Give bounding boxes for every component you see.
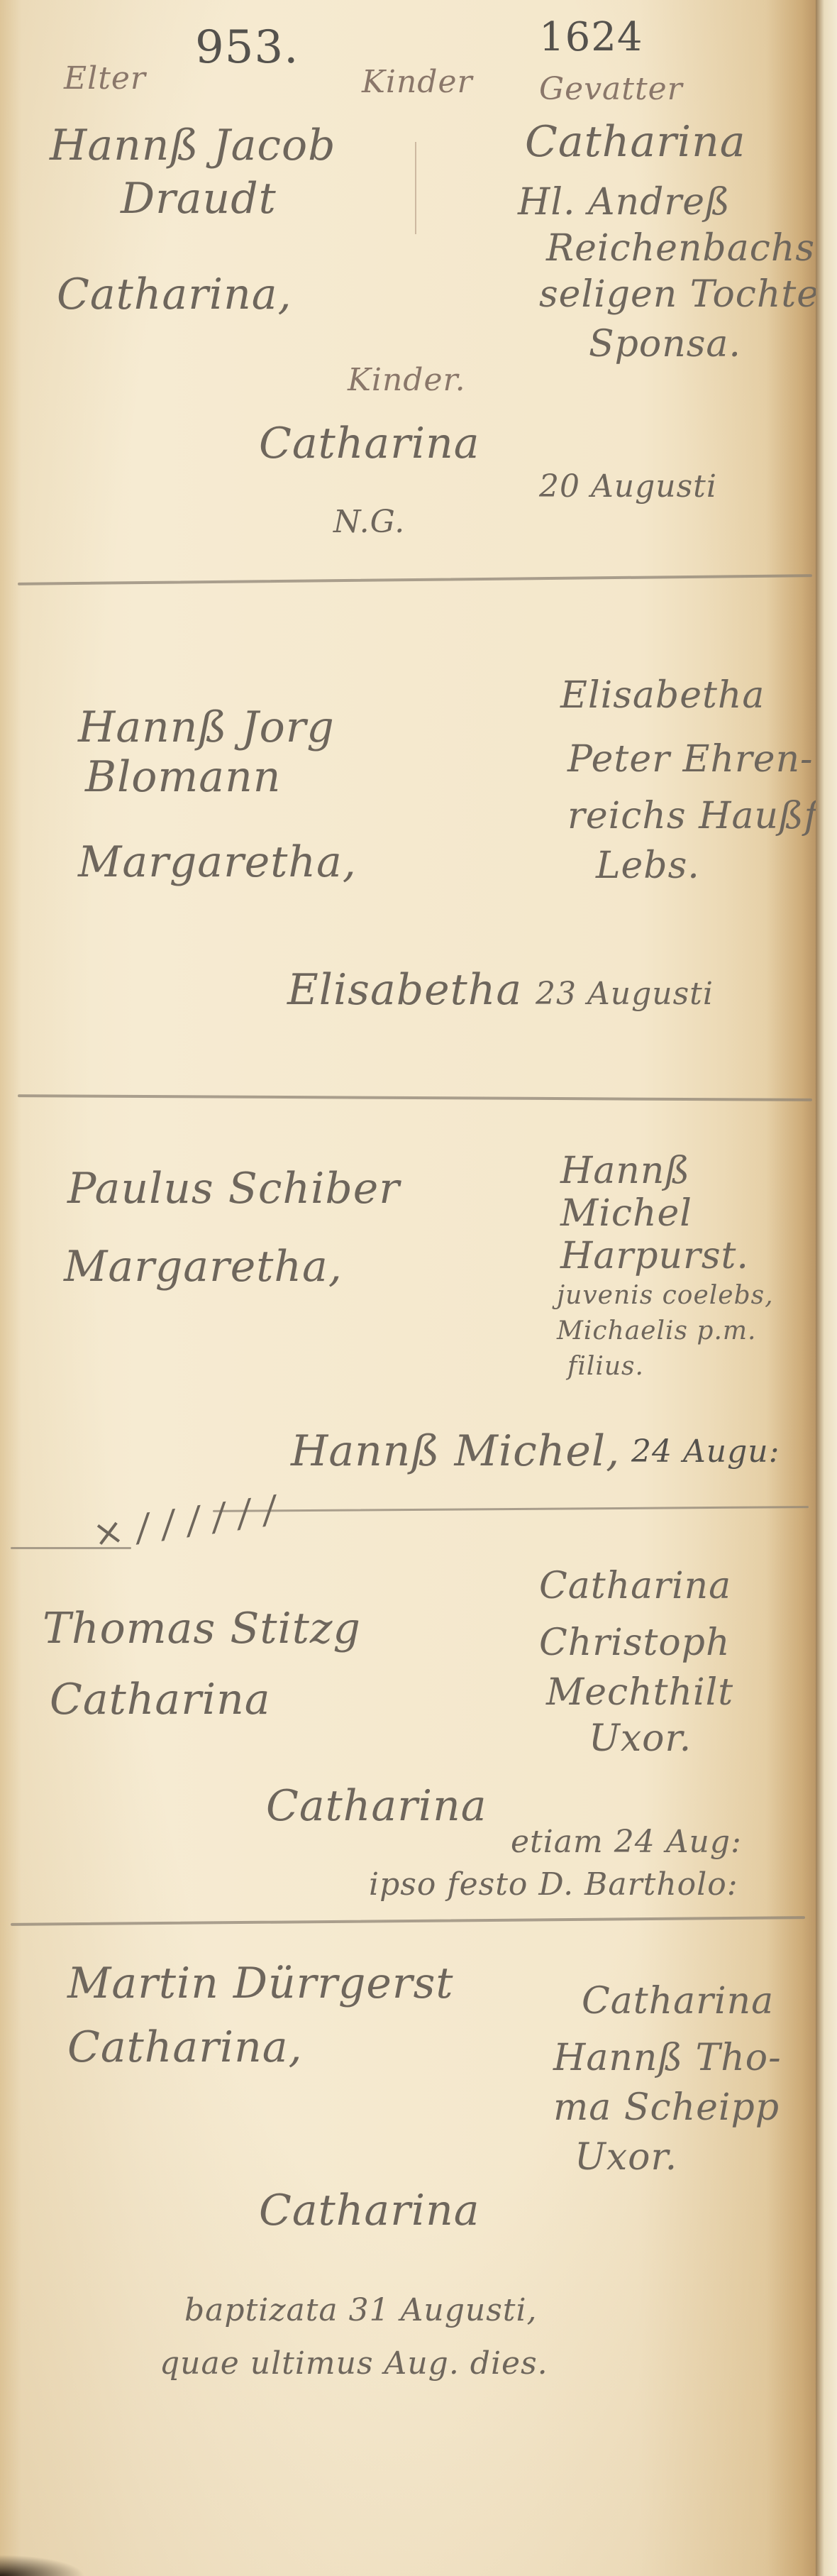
- godparent-line: juvenis coelebs,: [557, 1281, 774, 1310]
- entry-divider: [213, 1506, 809, 1512]
- godparent-line: Reichenbachs: [546, 227, 815, 270]
- baptism-date: 20 Augusti: [539, 468, 717, 505]
- column-divider: [415, 142, 416, 234]
- entry-divider: [18, 1094, 812, 1101]
- father-name: Thomas Stitzg: [43, 1604, 361, 1653]
- child-name: Catharina: [259, 2186, 480, 2235]
- baptism-note: baptizata 31 Augusti,: [184, 2292, 538, 2328]
- father-surname: Draudt: [121, 174, 277, 224]
- mother-name: Margaretha,: [64, 1242, 343, 1292]
- page-edge: [816, 0, 837, 2576]
- godparent-line: reichs Haußfr.: [567, 795, 837, 837]
- feast-note: ipso festo D. Bartholo:: [369, 1866, 738, 1903]
- mother-name: Margaretha,: [78, 837, 357, 887]
- child-name: Catharina: [259, 419, 480, 468]
- godparent-line: Harpurst.: [560, 1235, 749, 1277]
- mother-name: Catharina: [50, 1675, 271, 1724]
- godparent-line: Uxor.: [575, 2136, 677, 2179]
- father-name: Hannß Jorg: [78, 703, 335, 752]
- column-header-parents: Elter: [64, 60, 146, 97]
- godparent-line: Hannß Tho-: [553, 2037, 782, 2079]
- godparent-line: Michel: [560, 1192, 692, 1235]
- child-name: Hannß Michel,: [291, 1426, 620, 1476]
- child-note: N.G.: [333, 504, 405, 540]
- father-surname: Blomann: [85, 752, 281, 802]
- father-name: Martin Dürrgerst: [67, 1959, 454, 2008]
- godparent-line: ma Scheipp: [553, 2086, 780, 2129]
- godparent-line: Lebs.: [596, 844, 700, 887]
- column-header-child: Kinder: [362, 64, 473, 100]
- godparent-line: Uxor.: [589, 1717, 692, 1760]
- godparent-line: Elisabetha: [560, 674, 765, 717]
- godparent-line: Peter Ehren-: [567, 738, 814, 781]
- godparent-line: Michaelis p.m.: [557, 1316, 757, 1345]
- entry-divider: [11, 1547, 131, 1549]
- godparent-line: filius.: [567, 1352, 644, 1381]
- godparent-line: Catharina: [525, 117, 746, 167]
- column-header-godparents: Gevatter: [539, 71, 683, 107]
- godparent-line: Christoph: [539, 1622, 730, 1664]
- baptism-date: 23 Augusti: [536, 976, 714, 1012]
- godparent-line: Catharina: [539, 1565, 731, 1607]
- godparent-line: Hannß: [560, 1150, 690, 1192]
- godparent-line: Hl. Andreß: [518, 181, 731, 224]
- godparent-line: Mechthilt: [546, 1671, 733, 1714]
- baptism-note: quae ultimus Aug. dies.: [160, 2345, 548, 2382]
- manuscript-page: 953. 1624 Elter Kinder Gevatter Hannß Ja…: [0, 0, 817, 2576]
- year-heading: 1624: [539, 14, 643, 60]
- baptism-date: etiam 24 Aug:: [511, 1824, 742, 1860]
- child-name: Elisabetha: [287, 965, 522, 1015]
- child-name: Catharina: [266, 1781, 487, 1831]
- child-label: Kinder.: [348, 362, 466, 398]
- father-name: Hannß Jacob: [50, 121, 336, 170]
- entry-divider: [11, 1916, 805, 1926]
- baptism-date: 24 Augu:: [631, 1433, 780, 1470]
- entry-divider: [18, 574, 812, 585]
- godparent-line: Sponsa.: [589, 323, 741, 365]
- father-name: Paulus Schiber: [67, 1164, 400, 1213]
- godparent-line: seligen Tochter: [539, 273, 837, 316]
- folio-number: 953.: [195, 21, 299, 74]
- godparent-line: Catharina: [582, 1980, 774, 2022]
- mother-name: Catharina,: [57, 270, 292, 319]
- margin-marks: × / / / / / /: [90, 1488, 279, 1556]
- mother-name: Catharina,: [67, 2022, 303, 2072]
